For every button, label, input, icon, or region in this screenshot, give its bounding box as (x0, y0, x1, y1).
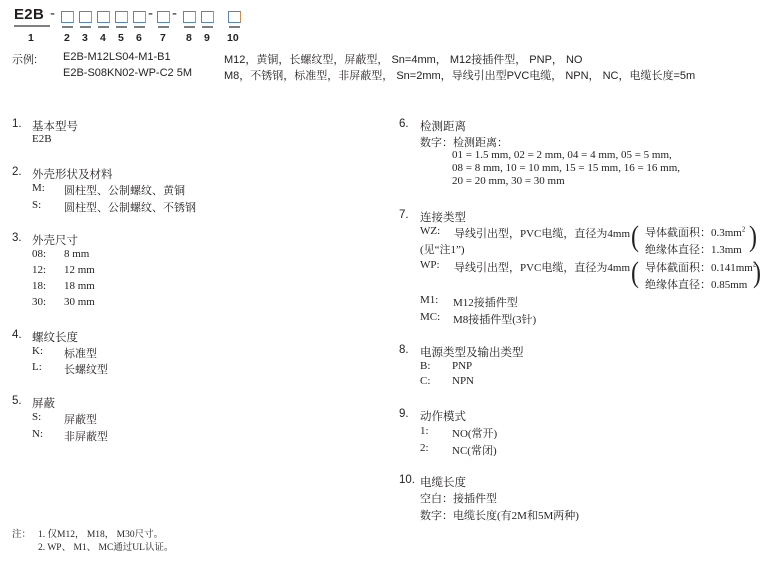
section-title: 外壳尺寸 (32, 232, 78, 248)
section-title: 基本型号 (32, 118, 78, 134)
spec-cross-section: 导体截面积：0.3mm2 (645, 224, 745, 240)
section-title: 动作模式 (420, 408, 466, 424)
close-paren: ) (749, 222, 757, 252)
example-code-1: E2B-M12LS04-M1-B1 (63, 51, 171, 63)
option-value: 长螺纹型 (64, 361, 108, 377)
close-paren: ) (753, 258, 761, 288)
example-description-1: M12，黄铜，长螺纹型，屏蔽型， Sn=4mm， M12接插件型， PNP， N… (224, 51, 582, 67)
option-key: B: (420, 360, 430, 372)
option-key: 1: (420, 425, 429, 437)
option-key: C: (420, 375, 430, 387)
option-value: 屏蔽型 (64, 411, 97, 427)
option-key: WZ: (420, 225, 440, 237)
option-value: 导线引出型，PVC电缆，直径为4mm (454, 259, 630, 275)
section-title: 电源类型及输出类型 (420, 344, 524, 360)
position-number-9: 9 (204, 32, 210, 44)
box-underline (116, 26, 127, 28)
box-underline (98, 26, 109, 28)
section-number: 1. (12, 118, 22, 130)
box-underline (80, 26, 91, 28)
option-value: 标准型 (64, 345, 97, 361)
section-number: 3. (12, 232, 22, 244)
option-value: 18 mm (64, 280, 95, 292)
option-value: M8接插件型(3针) (453, 311, 536, 327)
option-key: K: (32, 345, 43, 357)
section-title: 屏蔽 (32, 395, 55, 411)
spec-insulator-diameter: 绝缘体直径：1.3mm (645, 241, 742, 257)
example-code-2: E2B-S08KN02-WP-C2 5M (63, 67, 192, 79)
notes-label: 注： (12, 526, 31, 540)
code-box-8 (183, 11, 196, 23)
box-underline (62, 26, 73, 28)
option-value: 导线引出型，PVC电缆，直径为4mm (454, 225, 630, 241)
code-box-9 (201, 11, 214, 23)
code-box-3 (79, 11, 92, 23)
code-box-6 (133, 11, 146, 23)
code-box-7 (157, 11, 170, 23)
section-number: 4. (12, 329, 22, 341)
position-number-2: 2 (64, 32, 70, 44)
spec-text: 导体截面积：0.141mm (645, 262, 753, 274)
spec-cross-section: 导体截面积：0.141mm2 (645, 259, 756, 275)
box-underline (158, 26, 169, 28)
section-number: 8. (399, 344, 409, 356)
section-title: 电缆长度 (420, 474, 466, 490)
examples-label: 示例: (12, 51, 37, 67)
option-value: 8 mm (64, 248, 89, 260)
option-key: M1: (420, 294, 438, 306)
option-key: MC: (420, 311, 440, 323)
option-key: M: (32, 182, 45, 194)
position-number-7: 7 (160, 32, 166, 44)
option-key: N: (32, 428, 43, 440)
section-number: 7. (399, 209, 409, 221)
position-number-8: 8 (186, 32, 192, 44)
option-key: 08: (32, 248, 46, 260)
spec-insulator-diameter: 绝缘体直径：0.85mm (645, 276, 747, 292)
box-underline (202, 26, 213, 28)
option-key: 18: (32, 280, 46, 292)
prefix-underline (14, 25, 50, 27)
open-paren: ( (631, 222, 639, 252)
section-number: 10. (399, 474, 415, 486)
separator-dash: - (148, 5, 153, 22)
distance-line-2: 08 = 8 mm, 10 = 10 mm, 15 = 15 mm, 16 = … (452, 162, 680, 174)
position-number-5: 5 (118, 32, 124, 44)
superscript: 2 (742, 225, 746, 233)
note-1: 1. 仅M12， M18， M30尺寸。 (38, 526, 163, 540)
section-value: E2B (32, 133, 52, 145)
option-value: 非屏蔽型 (64, 428, 108, 444)
code-box-2 (61, 11, 74, 23)
section-title: 外壳形状及材料 (32, 166, 113, 182)
option-key: 30: (32, 296, 46, 308)
cable-line-2: 数字：电缆长度(有2M和5M两种) (420, 507, 579, 523)
distance-line-1: 01 = 1.5 mm, 02 = 2 mm, 04 = 4 mm, 05 = … (452, 149, 672, 161)
option-key: 12: (32, 264, 46, 276)
section-title: 检测距离 (420, 118, 466, 134)
section-number: 5. (12, 395, 22, 407)
option-value: PNP (452, 360, 472, 372)
model-prefix: E2B (14, 6, 44, 23)
option-value: 12 mm (64, 264, 95, 276)
example-description-2: M8，不锈钢，标准型，非屏蔽型， Sn=2mm，导线引出型PVC电缆， NPN，… (224, 67, 695, 83)
option-value: 30 mm (64, 296, 95, 308)
note-2: 2. WP、 M1、 MC通过UL认证。 (38, 539, 173, 553)
option-key: 2: (420, 442, 429, 454)
position-number-4: 4 (100, 32, 106, 44)
option-value: 圆柱型、公制螺纹、不锈钢 (64, 199, 196, 215)
position-number-1: 1 (28, 32, 34, 44)
option-value: NPN (452, 375, 474, 387)
option-key: S: (32, 411, 41, 423)
option-value: NC(常闭) (452, 442, 497, 458)
section-title: 连接类型 (420, 209, 466, 225)
option-key: L: (32, 361, 42, 373)
option-key: WP: (420, 259, 440, 271)
section-number: 9. (399, 408, 409, 420)
option-value: 圆柱型、公制螺纹、黄铜 (64, 182, 185, 198)
option-value: NO(常开) (452, 425, 497, 441)
section-subtitle: 数字：检测距离： (420, 134, 508, 150)
position-number-3: 3 (82, 32, 88, 44)
code-box-10 (228, 11, 241, 23)
option-note: (见“注1”) (420, 241, 465, 257)
box-underline (229, 26, 240, 28)
section-number: 2. (12, 166, 22, 178)
open-paren: ( (631, 258, 639, 288)
box-underline (134, 26, 145, 28)
section-title: 螺纹长度 (32, 329, 78, 345)
code-box-5 (115, 11, 128, 23)
option-key: S: (32, 199, 41, 211)
separator-dash: - (172, 5, 177, 22)
separator-dash: - (50, 5, 55, 22)
position-number-10: 10 (227, 32, 239, 44)
code-box-4 (97, 11, 110, 23)
option-value: M12接插件型 (453, 294, 518, 310)
cable-line-1: 空白：接插件型 (420, 490, 497, 506)
box-underline (184, 26, 195, 28)
position-number-6: 6 (136, 32, 142, 44)
distance-line-3: 20 = 20 mm, 30 = 30 mm (452, 175, 565, 187)
spec-text: 导体截面积：0.3mm (645, 227, 742, 239)
section-number: 6. (399, 118, 409, 130)
